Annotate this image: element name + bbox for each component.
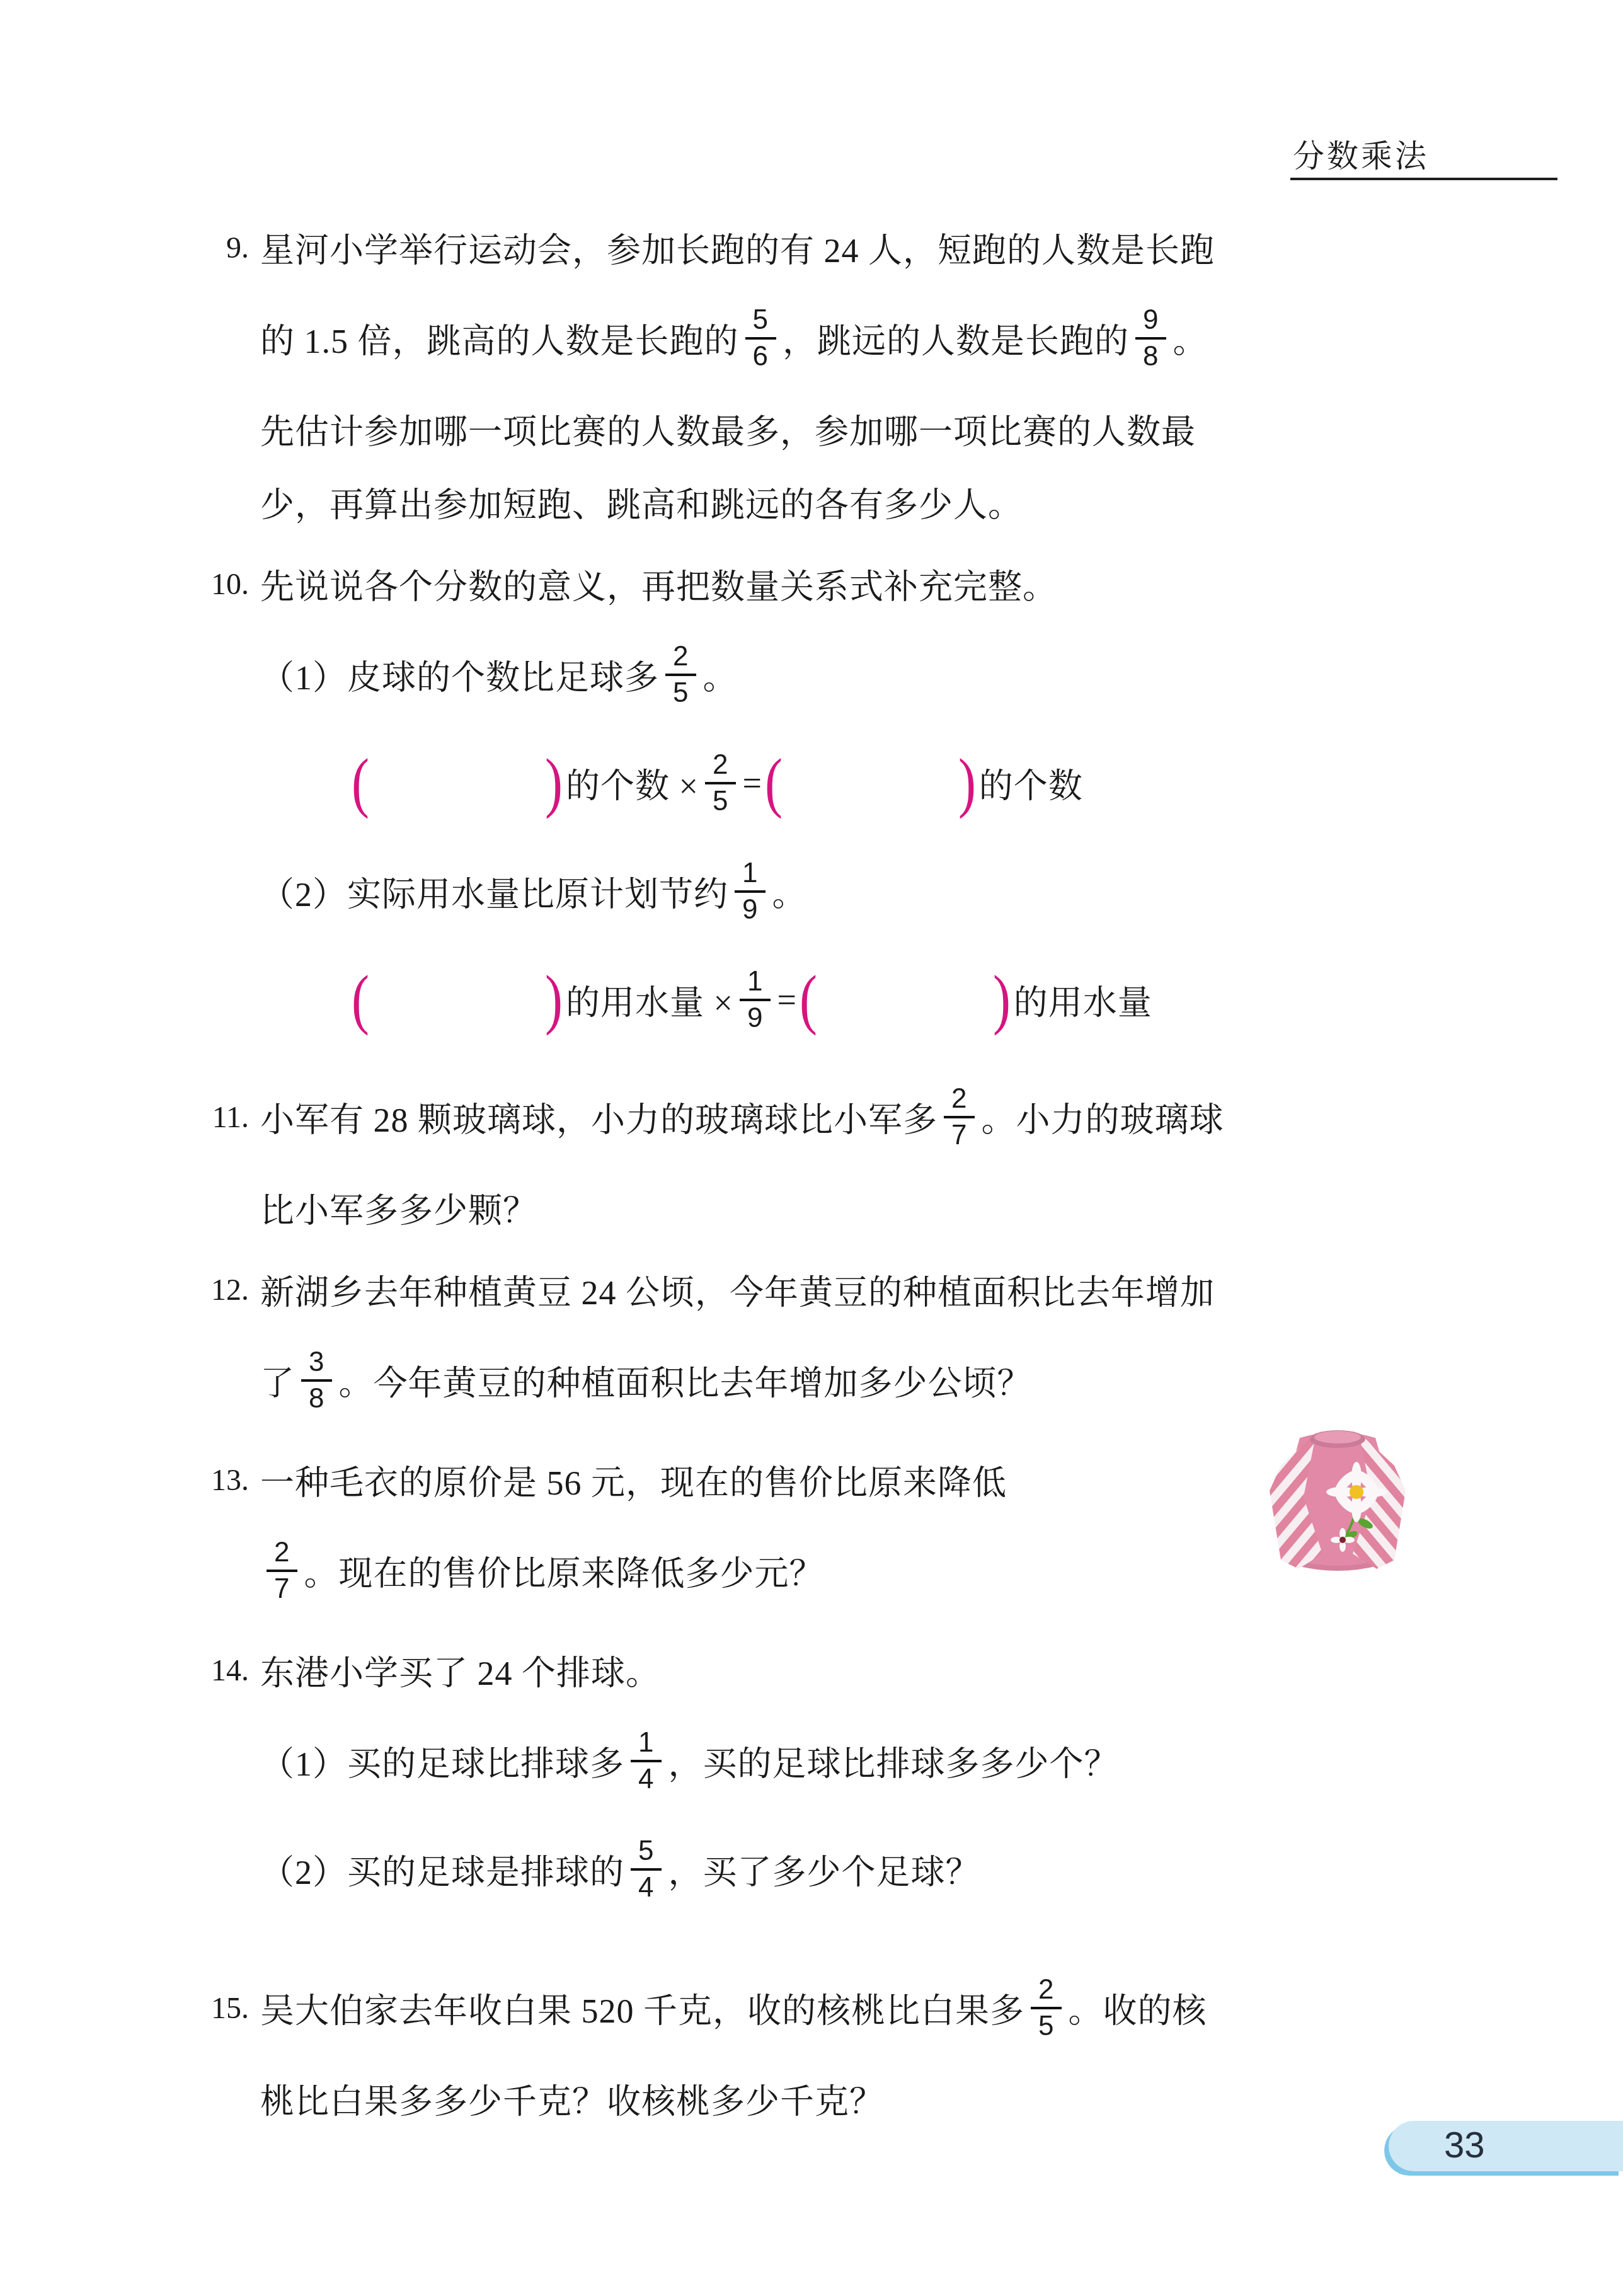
text-run: 吴大伯家去年收白果 520 千克，收的核桃比白果多 [260, 1984, 1024, 2033]
page-number-badge: 33 [1389, 2121, 1623, 2171]
fraction-numerator: 9 [1135, 305, 1166, 340]
problem-number: 9. [189, 231, 251, 265]
blank-paren: ( [765, 750, 783, 817]
fraction-denominator: 6 [753, 340, 769, 372]
line-content: 吴大伯家去年收白果 520 千克，收的核桃比白果多25。收的核 [260, 1975, 1207, 2041]
problem-number: 14. [189, 1653, 251, 1688]
text-run: 新湖乡去年种植黄豆 24 公顷，今年黄豆的种植面积比去年增加 [260, 1266, 1215, 1314]
problem-line: 10.先说说各个分数的意义，再把数量关系式补充完整。 [189, 548, 1500, 621]
line-content: 的 1.5 倍，跳高的人数是长跑的56，跳远的人数是长跑的98。 [260, 305, 1207, 371]
fraction-denominator: 9 [747, 1001, 763, 1033]
fraction-denominator: 5 [1038, 2009, 1054, 2041]
problem-9: 9.星河小学举行运动会，参加长跑的有 24 人，短跑的人数是长跑的 1.5 倍，… [189, 211, 1500, 539]
fraction: 27 [944, 1084, 975, 1150]
fraction-denominator: 8 [309, 1382, 324, 1414]
text-run: 的用水量 × [566, 976, 733, 1025]
text-run: （1）皮球的个数比足球多 [260, 651, 659, 699]
text-run: 桃比白果多多少千克？收核桃多少千克？ [260, 2075, 884, 2123]
fraction: 19 [740, 967, 771, 1033]
fraction-numerator: 2 [1031, 1975, 1062, 2009]
text-run: 少，再算出参加短跑、跳高和跳远的各有多少人。 [260, 478, 1023, 527]
fraction-numerator: 3 [301, 1347, 332, 1382]
fraction-denominator: 5 [713, 784, 728, 817]
text-run: 。 [703, 651, 737, 699]
sweater-collar-inner [1314, 1431, 1361, 1444]
problem-line: 15.吴大伯家去年收白果 520 千克，收的核桃比白果多25。收的核 [189, 1954, 1500, 2062]
blank-space [372, 997, 542, 1003]
text-run: 的 1.5 倍，跳高的人数是长跑的 [260, 314, 739, 363]
text-run: ，买了多少个足球？ [668, 1845, 980, 1894]
problem-line: （2）实际用水量比原计划节约19。 [189, 837, 1500, 946]
running-head-rule [1290, 178, 1557, 180]
fraction: 27 [267, 1537, 297, 1604]
page-number: 33 [1444, 2121, 1485, 2170]
blank-paren: ) [958, 750, 977, 817]
problem-15: 15.吴大伯家去年收白果 520 千克，收的核桃比白果多25。收的核桃比白果多多… [189, 1954, 1500, 2135]
line-content: （1）买的足球比排球多14，买的足球比排球多多少个？ [260, 1728, 1118, 1794]
text-run: 的用水量 [1014, 976, 1152, 1025]
problem-line: 比小军多多少颗？ [189, 1171, 1500, 1244]
fraction-denominator: 9 [742, 893, 758, 925]
fraction-denominator: 7 [274, 1572, 290, 1604]
fraction-numerator: 2 [705, 750, 736, 784]
text-run: 了 [260, 1357, 295, 1405]
text-run: 。 [772, 868, 806, 916]
line-content: 了38。今年黄豆的种植面积比去年增加多少公顷？ [260, 1347, 1031, 1413]
line-content: 27。现在的售价比原来降低多少元？ [260, 1537, 823, 1604]
text-run: ，买的足球比排球多多少个？ [668, 1737, 1118, 1786]
line-content: 少，再算出参加短跑、跳高和跳远的各有多少人。 [260, 478, 1023, 527]
blank-paren: ) [545, 967, 563, 1033]
problem-line: 先估计参加哪一项比赛的人数最多，参加哪一项比赛的人数最 [189, 393, 1500, 466]
fraction: 19 [735, 858, 766, 924]
line-content: （1）皮球的个数比足球多25。 [260, 641, 737, 708]
problem-line: （1）皮球的个数比足球多25。 [189, 621, 1500, 729]
problem-line: 的 1.5 倍，跳高的人数是长跑的56，跳远的人数是长跑的98。 [189, 284, 1500, 393]
problem-line: （2）买的足球是排球的54，买了多少个足球？ [189, 1815, 1500, 1924]
running-head-title: 分数乘法 [1293, 131, 1429, 176]
blank-paren: ) [545, 750, 563, 817]
text-run: 的个数 × [566, 759, 699, 808]
fraction-numerator: 5 [745, 305, 776, 340]
line-content: 小军有 28 颗玻璃球，小力的玻璃球比小军多27。小力的玻璃球 [260, 1084, 1224, 1150]
blank-paren: ) [993, 967, 1011, 1033]
text-run: 星河小学举行运动会，参加长跑的有 24 人，短跑的人数是长跑 [260, 224, 1215, 272]
line-content: 比小军多多少颗？ [260, 1184, 537, 1232]
line-content: （2）实际用水量比原计划节约19。 [260, 858, 806, 924]
text-run: 先说说各个分数的意义，再把数量关系式补充完整。 [260, 560, 1057, 609]
line-content: （2）买的足球是排球的54，买了多少个足球？ [260, 1836, 980, 1902]
text-run: 。今年黄豆的种植面积比去年增加多少公顷？ [338, 1357, 1031, 1405]
problem-14: 14.东港小学买了 24 个排球。（1）买的足球比排球多14，买的足球比排球多多… [189, 1634, 1500, 1924]
text-run: 小军有 28 颗玻璃球，小力的玻璃球比小军多 [260, 1093, 938, 1142]
text-run: = [777, 980, 796, 1019]
text-run: （2）买的足球是排球的 [260, 1845, 624, 1894]
problem-number: 10. [189, 567, 251, 602]
fraction-denominator: 4 [638, 1871, 654, 1903]
fraction-numerator: 5 [631, 1836, 662, 1871]
problem-line: 11.小军有 28 颗玻璃球，小力的玻璃球比小军多27。小力的玻璃球 [189, 1063, 1500, 1171]
text-run: 东港小学买了 24 个排球。 [260, 1646, 660, 1695]
text-run: = [742, 764, 762, 803]
text-run: 。收的核 [1068, 1984, 1207, 2033]
line-content: 东港小学买了 24 个排球。 [260, 1646, 660, 1695]
problem-11: 11.小军有 28 颗玻璃球，小力的玻璃球比小军多27。小力的玻璃球比小军多多少… [189, 1063, 1500, 1244]
fraction: 54 [631, 1836, 662, 1902]
fraction: 25 [1031, 1975, 1062, 2041]
problem-line: 12.新湖乡去年种植黄豆 24 公顷，今年黄豆的种植面积比去年增加 [189, 1253, 1500, 1326]
sweater-image [1262, 1416, 1413, 1575]
line-content: 先说说各个分数的意义，再把数量关系式补充完整。 [260, 560, 1057, 609]
line-content: 星河小学举行运动会，参加长跑的有 24 人，短跑的人数是长跑 [260, 224, 1215, 272]
fraction-numerator: 2 [944, 1084, 975, 1118]
text-run: 。小力的玻璃球 [981, 1093, 1224, 1142]
fraction: 25 [665, 641, 696, 708]
line-content: 先估计参加哪一项比赛的人数最多，参加哪一项比赛的人数最 [260, 405, 1196, 454]
problem-number: 13. [189, 1463, 251, 1498]
problem-number: 15. [189, 1991, 251, 2026]
line-content: 桃比白果多多少千克？收核桃多少千克？ [260, 2075, 884, 2123]
text-run: 一种毛衣的原价是 56 元，现在的售价比原来降低 [260, 1456, 1007, 1505]
fraction: 25 [705, 750, 736, 816]
fraction-numerator: 1 [735, 858, 766, 893]
fraction: 56 [745, 305, 776, 371]
problem-number: 12. [189, 1273, 251, 1307]
text-run: 。 [1173, 314, 1207, 363]
problem-10: 10.先说说各个分数的意义，再把数量关系式补充完整。（1）皮球的个数比足球多25… [189, 548, 1500, 1054]
problem-line: 桃比白果多多少千克？收核桃多少千克？ [189, 2062, 1500, 2135]
problem-line: （1）买的足球比排球多14，买的足球比排球多多少个？ [189, 1707, 1500, 1815]
text-run: 的个数 [979, 759, 1083, 808]
fraction: 14 [631, 1728, 662, 1794]
blank-paren: ( [352, 750, 370, 817]
line-content: 新湖乡去年种植黄豆 24 公顷，今年黄豆的种植面积比去年增加 [260, 1266, 1215, 1314]
text-run: 比小军多多少颗？ [260, 1184, 537, 1232]
fraction-denominator: 8 [1143, 340, 1159, 372]
blank-paren: ( [800, 967, 818, 1033]
text-run: （2）实际用水量比原计划节约 [260, 868, 728, 916]
fraction: 98 [1135, 305, 1166, 371]
text-run: 。现在的售价比原来降低多少元？ [304, 1547, 823, 1595]
problem-line: ()的用水量 ×19=()的用水量 [189, 946, 1500, 1054]
fraction-denominator: 4 [638, 1762, 654, 1794]
fraction-numerator: 1 [740, 967, 771, 1001]
fraction-numerator: 2 [267, 1537, 297, 1572]
problem-line: 9.星河小学举行运动会，参加长跑的有 24 人，短跑的人数是长跑 [189, 211, 1500, 284]
problems-list: 9.星河小学举行运动会，参加长跑的有 24 人，短跑的人数是长跑的 1.5 倍，… [189, 211, 1500, 2135]
blank-paren: ( [352, 967, 370, 1033]
fraction-numerator: 2 [665, 641, 696, 676]
problem-line: ()的个数 ×25=()的个数 [189, 729, 1500, 837]
problem-number: 11. [189, 1100, 251, 1135]
line-content: ()的用水量 ×19=()的用水量 [349, 967, 1152, 1033]
problem-line: 14.东港小学买了 24 个排球。 [189, 1634, 1500, 1707]
fraction-denominator: 5 [673, 676, 689, 708]
blank-space [372, 780, 542, 786]
text-run: 先估计参加哪一项比赛的人数最多，参加哪一项比赛的人数最 [260, 405, 1196, 454]
line-content: ()的个数 ×25=()的个数 [349, 750, 1083, 816]
fraction: 38 [301, 1347, 332, 1413]
fraction-numerator: 1 [631, 1728, 662, 1762]
text-run: ，跳远的人数是长跑的 [783, 314, 1129, 363]
problem-12: 12.新湖乡去年种植黄豆 24 公顷，今年黄豆的种植面积比去年增加了38。今年黄… [189, 1253, 1500, 1435]
text-run: （1）买的足球比排球多 [260, 1737, 624, 1786]
blank-space [786, 780, 956, 786]
fraction-denominator: 7 [951, 1118, 967, 1151]
line-content: 一种毛衣的原价是 56 元，现在的售价比原来降低 [260, 1456, 1007, 1505]
problem-line: 少，再算出参加短跑、跳高和跳远的各有多少人。 [189, 466, 1500, 539]
blank-space [820, 997, 990, 1003]
